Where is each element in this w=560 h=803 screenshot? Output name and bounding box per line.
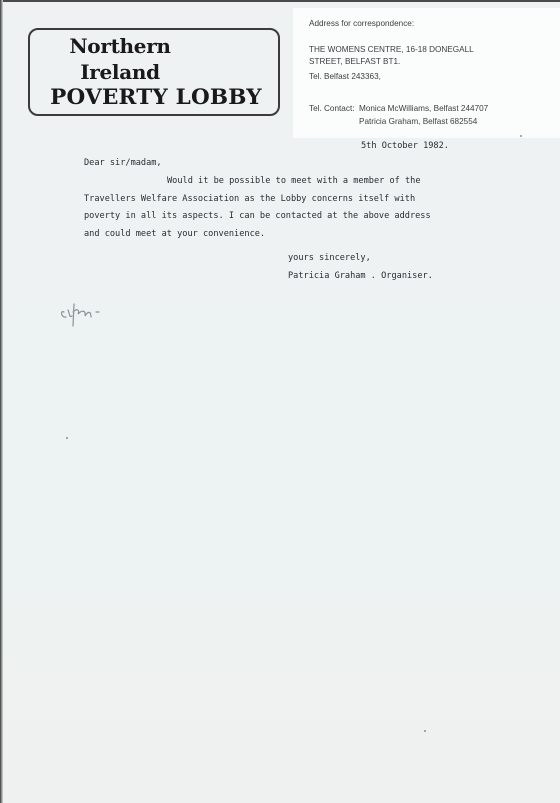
paper-speck: [66, 437, 68, 439]
letter-body-line: poverty in all its aspects. I can be con…: [84, 211, 431, 221]
logo-line-poverty-lobby: POVERTY LOBBY: [36, 85, 276, 110]
correspondence-address-panel: Address for correspondence: THE WOMENS C…: [293, 8, 560, 138]
letter-body-line: and could meet at your convenience.: [84, 229, 265, 239]
paper-speck: [424, 730, 426, 732]
letter-salutation: Dear sir/madam,: [84, 158, 162, 168]
contact-monica: Monica McWilliams, Belfast 244707: [359, 104, 488, 113]
contact-patricia: Patricia Graham, Belfast 682554: [359, 117, 477, 126]
letter-page: Northern Ireland POVERTY LOBBY Address f…: [0, 0, 560, 803]
letter-date: 5th October 1982.: [361, 141, 449, 151]
letter-signature: Patricia Graham . Organiser.: [288, 271, 433, 281]
letterhead-logo: Northern Ireland POVERTY LOBBY: [28, 28, 280, 116]
address-line-1: THE WOMENS CENTRE, 16-18 DONEGALL: [309, 45, 474, 54]
address-heading: Address for correspondence:: [309, 19, 414, 28]
logo-line-northern: Northern: [30, 34, 210, 58]
page-top-edge: [0, 0, 560, 2]
address-telephone: Tel. Belfast 243363,: [309, 72, 381, 81]
address-line-2: STREET, BELFAST BT1.: [309, 57, 400, 66]
contact-label: Tel. Contact:: [309, 104, 355, 113]
paper-speck: [520, 135, 522, 137]
handwritten-initials-mark: [58, 298, 128, 328]
letter-body-line: Travellers Welfare Association as the Lo…: [84, 194, 415, 204]
page-left-edge: [0, 0, 3, 803]
letter-body-line: Would it be possible to meet with a memb…: [167, 176, 421, 186]
letter-closing: yours sincerely,: [288, 253, 371, 263]
logo-line-ireland: Ireland: [30, 60, 210, 84]
